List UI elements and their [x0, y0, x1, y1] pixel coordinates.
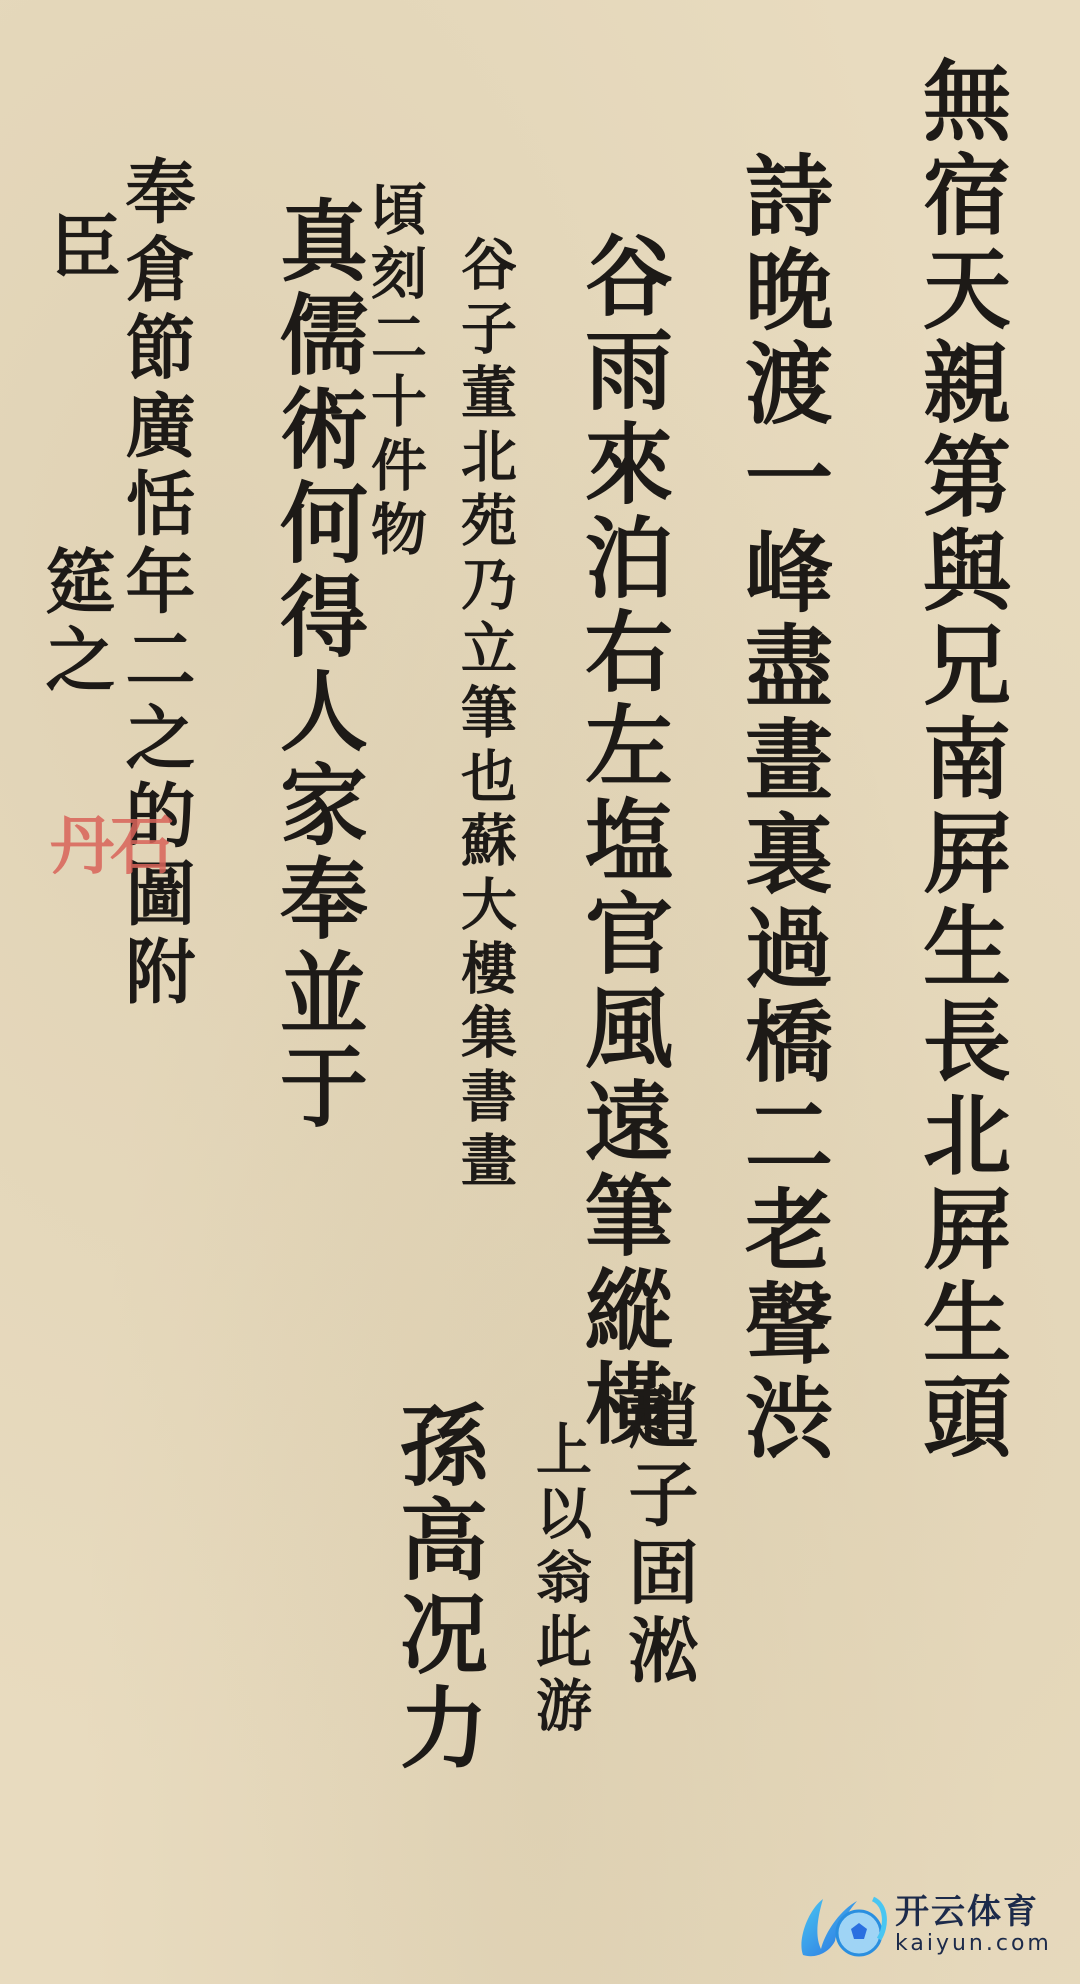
- calligraphy-column: 詩晚渡一峰盡畫裏過橋二老聲渋: [720, 150, 846, 1466]
- kaiyun-watermark: 开云体育 kaiyun.com: [795, 1885, 1075, 1965]
- calligraphy-column: 筵之: [25, 545, 126, 701]
- kaiyun-soccer-logo-icon: [795, 1889, 887, 1961]
- calligraphy-column: 谷子董北苑乃立筆也蘇大樓集書畫: [445, 235, 525, 1195]
- watermark-url-text: kaiyun.com: [895, 1931, 1052, 1957]
- watermark-chinese-text: 开云体育: [895, 1893, 1052, 1931]
- calligraphy-column: 谷雨來泊右左塩官風遠筆縱橫: [560, 230, 686, 1452]
- calligraphy-column: 趙子固淞: [608, 1380, 709, 1692]
- red-seal-stamp: 丹石: [50, 795, 190, 875]
- calligraphy-column: 上以翁此游: [520, 1420, 600, 1740]
- calligraphy-column: 孫高况力: [375, 1400, 501, 1776]
- calligraphy-column: 無宿天親第與兄南屛生長北屛生頭: [898, 55, 1024, 1465]
- calligraphy-column: 臣: [30, 210, 131, 288]
- calligraphy-column: 真儒術何得人家奉並于: [255, 195, 381, 1135]
